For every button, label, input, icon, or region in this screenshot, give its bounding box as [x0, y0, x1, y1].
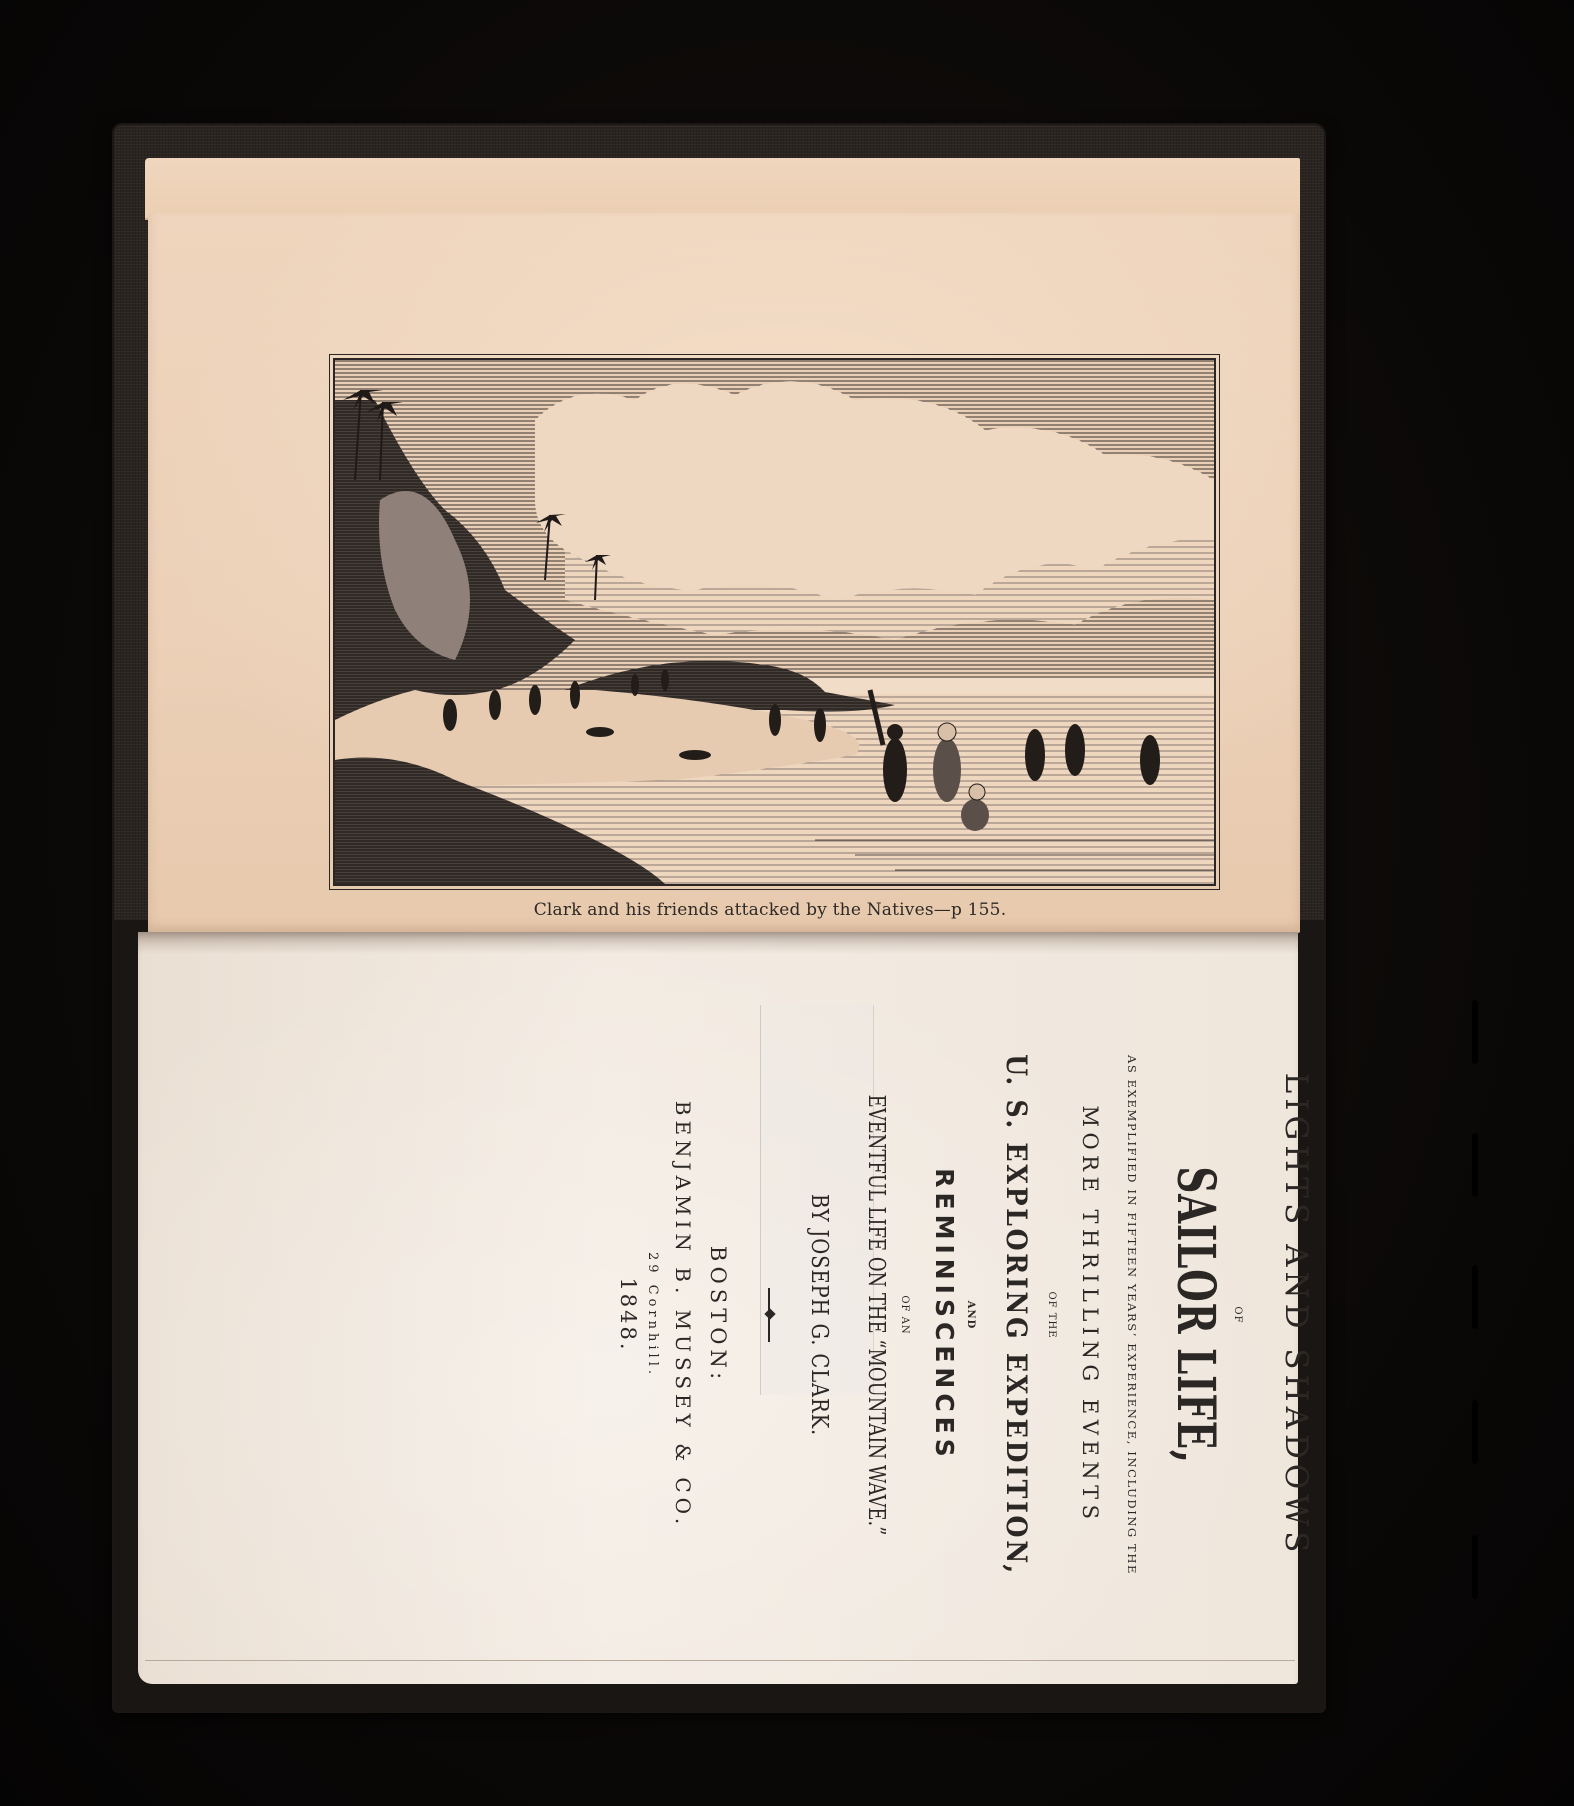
subtitle-line-exploring-expedition: U. S. EXPLORING EXPEDITION,	[1000, 1009, 1033, 1621]
subtitle-line-of-the: OF THE	[1046, 975, 1057, 1655]
backdrop-slot	[1472, 1133, 1478, 1197]
subtitle-line-and: AND	[965, 975, 976, 1655]
backdrop-slot	[1472, 1535, 1478, 1599]
engraving-illustration	[335, 360, 1214, 884]
subtitle-line-more-thrilling: MORE THRILLING EVENTS	[1078, 975, 1102, 1655]
gutter-shadow	[138, 932, 1298, 954]
author-line: BY JOSEPH G. CLARK.	[806, 1026, 832, 1604]
title-line-lights-and-shadows: LIGHTS AND SHADOWS	[1278, 975, 1314, 1655]
publisher-address: 29 Cornhill.	[645, 975, 660, 1655]
backdrop-slot	[1472, 1400, 1478, 1464]
frontispiece-engraving	[333, 358, 1216, 886]
frontispiece-caption: Clark and his friends attacked by the Na…	[330, 900, 1210, 920]
backdrop-slot	[1472, 1265, 1478, 1329]
title-line-sailor-life: SAILOR LIFE,	[1165, 1070, 1226, 1560]
backdrop-slot	[1472, 1000, 1478, 1064]
page-edge	[145, 1660, 1295, 1661]
subtitle-line-exemplified: AS EXEMPLIFIED IN FIFTEEN YEARS’ EXPERIE…	[1125, 975, 1139, 1655]
subtitle-line-reminiscences: REMINISCENCES	[930, 975, 959, 1655]
imprint-city: BOSTON:	[706, 975, 730, 1655]
title-line-of: OF	[1232, 975, 1243, 1655]
subtitle-line-of-an: OF AN	[899, 975, 910, 1655]
publication-year: 1848.	[616, 975, 640, 1655]
publisher-name: BENJAMIN B. MUSSEY & CO.	[671, 975, 695, 1655]
endpaper	[145, 158, 1300, 220]
ornamental-rule-icon	[768, 975, 780, 1655]
title-text-block: LIGHTS AND SHADOWS OF SAILOR LIFE, AS EX…	[320, 975, 1340, 1655]
subtitle-line-mountain-wave: EVENTFUL LIFE ON THE “MOUNTAIN WAVE.”	[863, 1050, 889, 1580]
